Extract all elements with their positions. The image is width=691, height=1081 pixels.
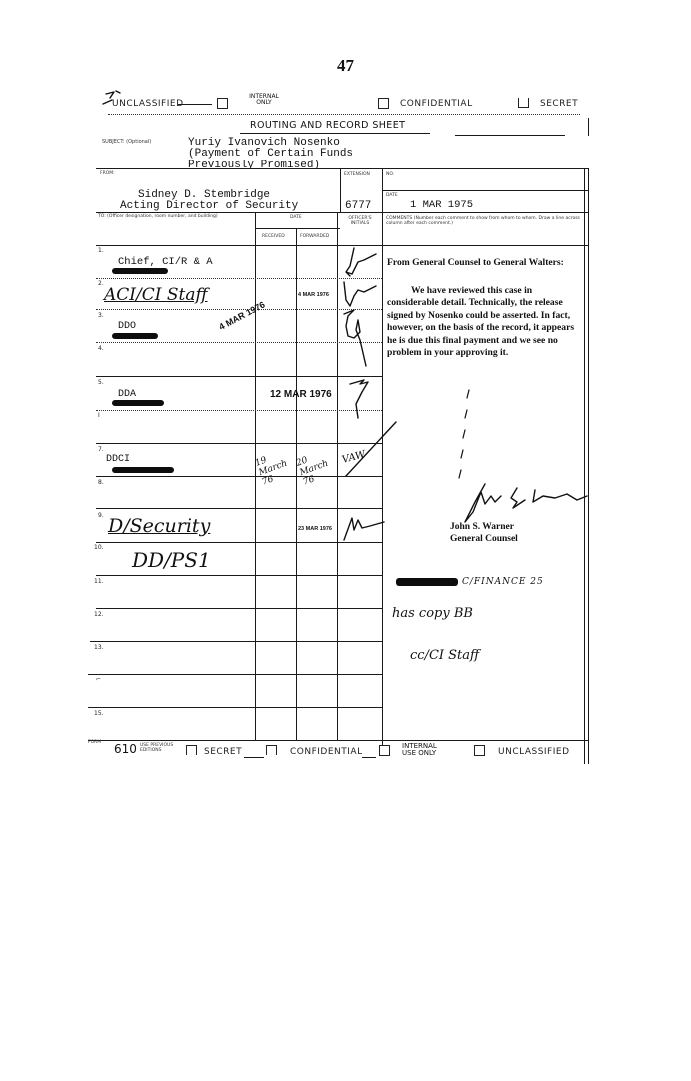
- initials-slash: [340, 420, 400, 480]
- signer-title: General Counsel: [450, 533, 518, 545]
- form-label: FORM: [88, 740, 101, 745]
- comments-body: We have reviewed this case in considerab…: [387, 285, 583, 359]
- initials-signature-3: [340, 310, 380, 370]
- footer-confidential-checkbox[interactable]: [266, 745, 277, 755]
- redaction-bar: [112, 333, 158, 339]
- comments-heading: From General Counsel to General Walters:: [387, 257, 583, 269]
- routing-to-handwritten: DD/PS1: [132, 548, 211, 572]
- footer-internal-checkbox[interactable]: [379, 745, 390, 756]
- initials-signature-9: [340, 512, 386, 544]
- footer-internal-use: INTERNALUSE ONLY: [402, 743, 437, 757]
- classification-internal-use: INTERNALONLY: [244, 94, 284, 106]
- redaction-bar: [112, 467, 174, 473]
- form-title: ROUTING AND RECORD SHEET: [250, 120, 405, 131]
- footer-unclassified: UNCLASSIFIED: [498, 747, 570, 757]
- row-number: 1.: [98, 247, 104, 254]
- confidential-checkbox[interactable]: [378, 98, 389, 109]
- footer-secret: SECRET: [204, 747, 242, 757]
- handwritten-note-cc: cc/CI Staff: [410, 648, 479, 663]
- to-column-header: TO: (Officer designation, room number, a…: [98, 214, 248, 219]
- date-value: 1 MAR 1975: [410, 200, 473, 211]
- forwarded-column-header: FORWARDED: [300, 234, 329, 239]
- initials-signature-2: [340, 280, 380, 310]
- row-number: 8.: [98, 479, 104, 486]
- routing-to-handwritten: D/Security: [108, 515, 210, 537]
- row-number: 5.: [98, 379, 104, 386]
- forwarded-date-stamp: 4 MAR 1976: [298, 292, 336, 298]
- comments-column-header: COMMENTS (Number each comment to show fr…: [386, 216, 584, 226]
- routing-to: Chief, CI/R & A: [118, 257, 213, 268]
- row-number: I: [98, 412, 100, 419]
- page-number: 47: [0, 56, 691, 76]
- subject-text: Yuriy Ivanovich Nosenko (Payment of Cert…: [188, 138, 353, 168]
- redaction-bar: [112, 400, 164, 406]
- row-number: 4.: [98, 345, 104, 352]
- classification-confidential: CONFIDENTIAL: [400, 99, 473, 109]
- footer-unclassified-checkbox[interactable]: [474, 745, 485, 756]
- forwarded-date-handwritten: 20 March 76: [295, 446, 341, 487]
- form-note: USE PREVIOUS EDITIONS: [140, 743, 182, 753]
- row-number: 13.: [94, 644, 104, 651]
- row-number: ⌐: [96, 676, 101, 683]
- footer-secret-checkbox[interactable]: [186, 745, 197, 755]
- routing-to: DDA: [118, 389, 136, 400]
- received-date-stamp: 4 MAR 1976: [217, 299, 266, 332]
- row-number: 10.: [94, 544, 104, 551]
- routing-to-handwritten: ACI/CI Staff: [104, 285, 208, 305]
- initials-signature-1: [340, 246, 380, 278]
- no-label: NO.: [386, 172, 394, 177]
- form-number: 610: [114, 742, 137, 756]
- classification-unclassified: UNCLASSIFIED: [112, 99, 184, 109]
- routing-to: DDO: [118, 321, 136, 332]
- margin-dash-marks: [455, 388, 475, 488]
- extension-label: EXTENSION: [344, 172, 370, 177]
- from-label: FROM:: [100, 171, 115, 176]
- routing-to: DDCI: [106, 454, 130, 465]
- classification-secret: SECRET: [540, 99, 578, 109]
- counsel-signature: [455, 482, 590, 526]
- extension-value: 6777: [345, 201, 371, 212]
- redaction-bar: [396, 578, 458, 586]
- subject-line-2: (Payment of Certain Funds: [188, 149, 353, 160]
- date-column-header: DATE: [290, 215, 302, 220]
- forwarded-date-stamp: 23 MAR 1976: [298, 526, 336, 532]
- received-date-handwritten: 19 March 76: [254, 446, 300, 487]
- redaction-bar: [112, 268, 168, 274]
- row-number: 9.: [98, 512, 104, 519]
- signer-name: John S. Warner: [450, 521, 514, 533]
- row-number: 2.: [98, 280, 104, 287]
- internal-use-checkbox[interactable]: [217, 98, 228, 109]
- footer-confidential: CONFIDENTIAL: [290, 747, 363, 757]
- received-date-stamp: 12 MAR 1976: [270, 389, 332, 400]
- row-number: 15.: [94, 710, 104, 717]
- handwritten-note-finance: C/FINANCE 25: [462, 577, 544, 587]
- subject-label: SUBJECT: (Optional): [102, 140, 151, 145]
- row-number: 12.: [94, 611, 104, 618]
- initials-column-header: OFFICER'S INITIALS: [341, 216, 379, 226]
- row-number: 7.: [98, 446, 104, 453]
- row-number: 3.: [98, 312, 104, 319]
- subject-line-3: Previously Promised): [188, 160, 353, 168]
- from-title: Acting Director of Security: [120, 201, 298, 212]
- received-column-header: RECEIVED: [262, 234, 285, 239]
- handwritten-note-copy: has copy BB: [392, 606, 473, 621]
- date-label: DATE: [386, 193, 398, 198]
- secret-checkbox[interactable]: [518, 98, 529, 108]
- row-number: 11.: [94, 578, 104, 585]
- initials-signature-5: [340, 378, 380, 422]
